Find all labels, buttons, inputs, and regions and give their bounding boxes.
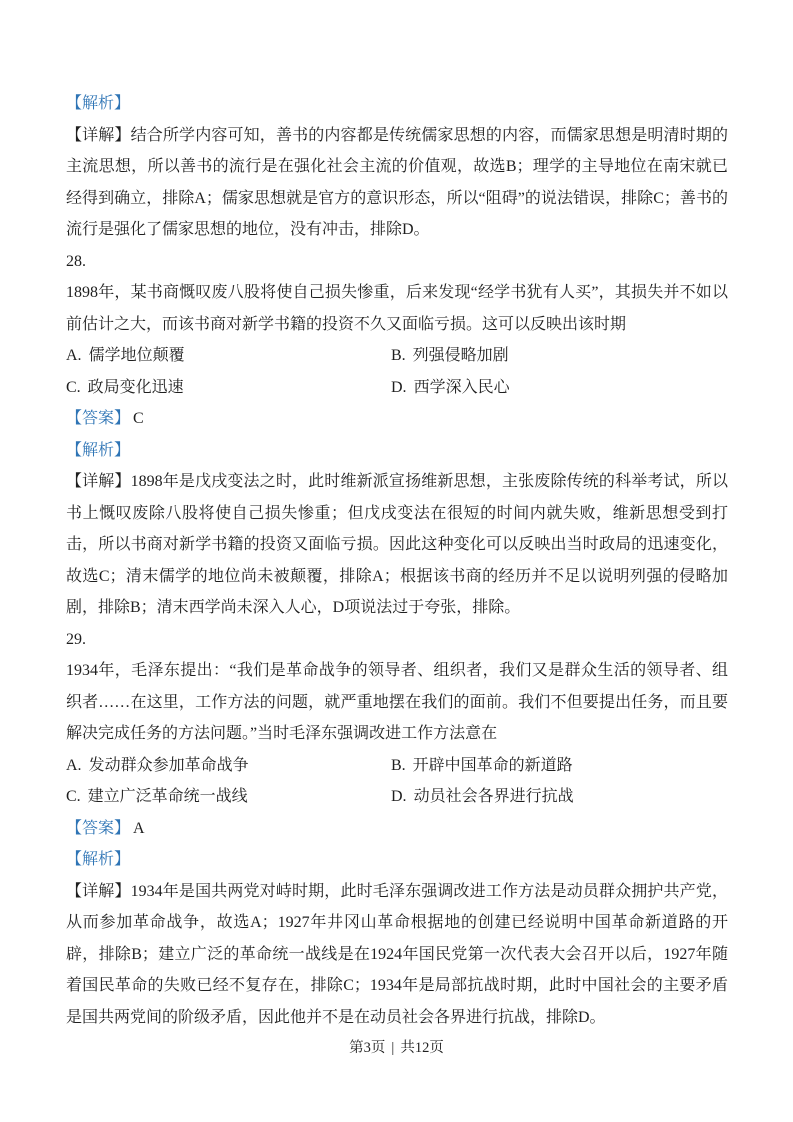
- analysis-detail-paragraph: 【详解】结合所学内容可知，善书的内容都是传统儒家思想的内容，而儒家思想是明清时期…: [66, 120, 728, 246]
- option-key: D.: [391, 379, 407, 396]
- answer-line: 【答案】C: [66, 403, 728, 435]
- answer-value: C: [133, 410, 144, 427]
- question-stem: 1934年，毛泽东提出：“我们是革命战争的领导者、组织者，我们又是群众生活的领导…: [66, 655, 728, 750]
- answer-label: 【答案】: [66, 410, 130, 427]
- analysis-detail-paragraph: 【详解】1898年是戊戌变法之时，此时维新派宣扬维新思想，主张废除传统的科举考试…: [66, 466, 728, 624]
- option-key: B.: [391, 757, 406, 774]
- option-b: B.列强侵略加剧: [391, 340, 728, 372]
- option-key: A.: [66, 347, 82, 364]
- option-text: 西学深入民心: [414, 379, 510, 396]
- page-content: 【解析】 【详解】结合所学内容可知，善书的内容都是传统儒家思想的内容，而儒家思想…: [66, 88, 728, 1033]
- option-d: D.西学深入民心: [391, 372, 728, 404]
- option-c: C.建立广泛革命统一战线: [66, 781, 391, 813]
- detail-label: 【详解】: [66, 883, 131, 900]
- question-number: 28.: [66, 246, 728, 278]
- detail-text: 1934年是国共两党对峙时期，此时毛泽东强调改进工作方法是动员群众拥护共产党，从…: [66, 883, 728, 1026]
- option-text: 儒学地位颠覆: [89, 347, 185, 364]
- question-number: 29.: [66, 624, 728, 656]
- option-key: D.: [391, 788, 407, 805]
- answer-line: 【答案】A: [66, 813, 728, 845]
- answer-value: A: [133, 820, 145, 837]
- footer-separator: |: [391, 1040, 394, 1056]
- footer-page-number: 第3页: [349, 1040, 385, 1056]
- options-grid: A.儒学地位颠覆 B.列强侵略加剧 C.政局变化迅速 D.西学深入民心: [66, 340, 728, 403]
- option-text: 动员社会各界进行抗战: [414, 788, 574, 805]
- page-footer: 第3页|共12页: [0, 1036, 793, 1057]
- option-d: D.动员社会各界进行抗战: [391, 781, 728, 813]
- question-stem: 1898年，某书商慨叹废八股将使自己损失惨重，后来发现“经学书犹有人买”，其损失…: [66, 277, 728, 340]
- analysis-label: 【解析】: [66, 435, 728, 467]
- option-text: 政局变化迅速: [88, 379, 184, 396]
- option-text: 列强侵略加剧: [413, 347, 509, 364]
- option-a: A.儒学地位颠覆: [66, 340, 391, 372]
- option-a: A.发动群众参加革命战争: [66, 750, 391, 782]
- answer-label: 【答案】: [66, 820, 130, 837]
- option-key: A.: [66, 757, 82, 774]
- option-key: B.: [391, 347, 406, 364]
- detail-label: 【详解】: [66, 473, 131, 490]
- document-page: 【解析】 【详解】结合所学内容可知，善书的内容都是传统儒家思想的内容，而儒家思想…: [0, 0, 793, 1122]
- detail-text: 结合所学内容可知，善书的内容都是传统儒家思想的内容，而儒家思想是明清时期的主流思…: [66, 127, 728, 239]
- option-key: C.: [66, 788, 81, 805]
- option-b: B.开辟中国革命的新道路: [391, 750, 728, 782]
- footer-total-pages: 共12页: [400, 1040, 444, 1056]
- analysis-label: 【解析】: [66, 844, 728, 876]
- option-c: C.政局变化迅速: [66, 372, 391, 404]
- option-text: 发动群众参加革命战争: [89, 757, 249, 774]
- options-grid: A.发动群众参加革命战争 B.开辟中国革命的新道路 C.建立广泛革命统一战线 D…: [66, 750, 728, 813]
- detail-label: 【详解】: [66, 127, 131, 144]
- option-text: 建立广泛革命统一战线: [88, 788, 248, 805]
- option-key: C.: [66, 379, 81, 396]
- analysis-label: 【解析】: [66, 88, 728, 120]
- option-text: 开辟中国革命的新道路: [413, 757, 573, 774]
- analysis-detail-paragraph: 【详解】1934年是国共两党对峙时期，此时毛泽东强调改进工作方法是动员群众拥护共…: [66, 876, 728, 1034]
- detail-text: 1898年是戊戌变法之时，此时维新派宣扬维新思想，主张废除传统的科举考试，所以书…: [66, 473, 728, 616]
